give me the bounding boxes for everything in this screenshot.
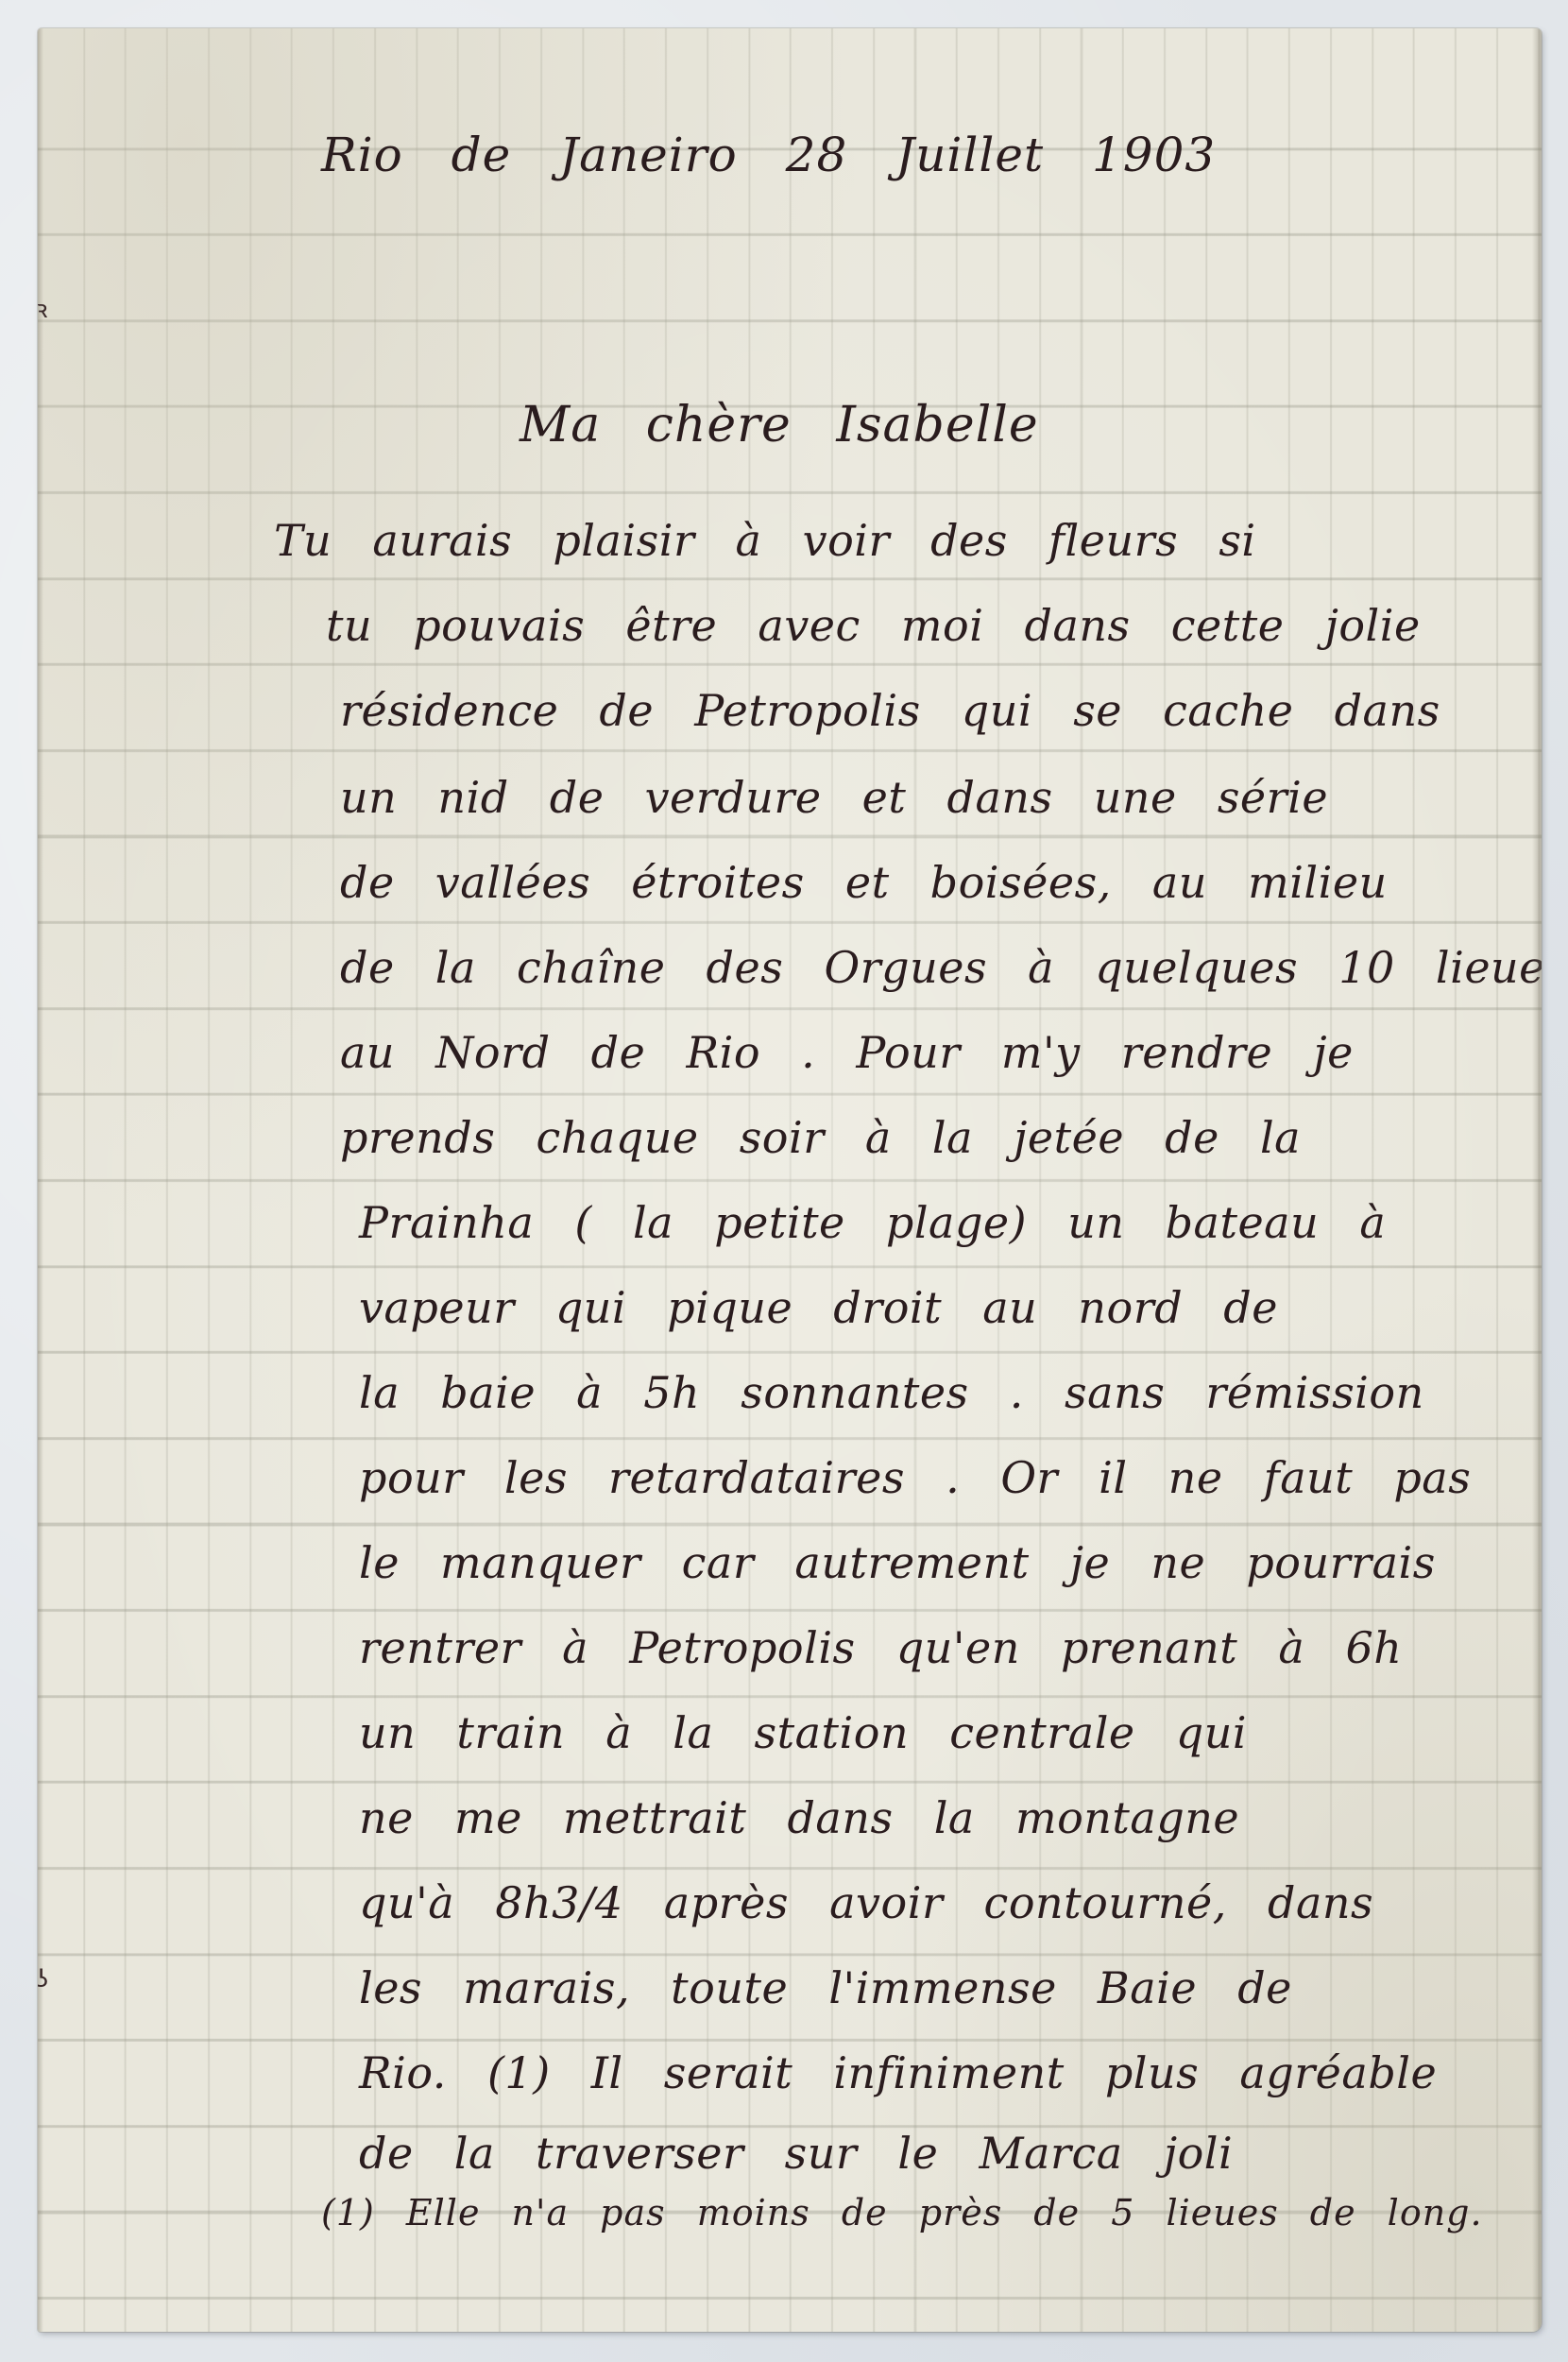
letter-line: Prainha ( la petite plage) un bateau à: [359, 1197, 1386, 1248]
sheet-right-edge: [1532, 28, 1542, 2332]
letter-line: tu pouvais être avec moi dans cette joli…: [326, 600, 1421, 651]
letter-line: Rio. (1) Il serait infiniment plus agréa…: [359, 2047, 1437, 2098]
letter-line: de la chaîne des Orgues à quelques 10 li…: [340, 942, 1542, 993]
letter-line: la baie à 5h sonnantes . sans rémission: [359, 1367, 1424, 1418]
letter-line: ne me mettrait dans la montagne: [359, 1792, 1239, 1843]
letter-line: de la traverser sur le Marca joli: [359, 2128, 1233, 2179]
letter-line: vapeur qui pique droit au nord de: [359, 1282, 1278, 1333]
letter-line: prends chaque soir à la jetée de la: [340, 1112, 1301, 1163]
letter-line: un train à la station centrale qui: [359, 1707, 1247, 1758]
letter-line: les marais, toute l'immense Baie de: [359, 1962, 1292, 2013]
letter-body: Tu aurais plaisir à voir des fleurs si t…: [38, 28, 1542, 2332]
margin-ink-mark: ꝛ: [38, 291, 47, 325]
letter-footnote: (1) Elle n'a pas moins de près de 5 lieu…: [321, 2192, 1483, 2234]
letter-line: le manquer car autrement je ne pourrais: [359, 1537, 1436, 1588]
letter-line: qu'à 8h3/4 après avoir contourné, dans: [359, 1877, 1373, 1928]
letter-line: de vallées étroites et boisées, au milie…: [340, 857, 1388, 908]
letter-line: résidence de Petropolis qui se cache dan…: [340, 685, 1440, 736]
letter-line: au Nord de Rio . Pour m'y rendre je: [340, 1027, 1354, 1078]
margin-ink-mark: ʖ: [38, 1965, 48, 1994]
letter-line: Tu aurais plaisir à voir des fleurs si: [274, 515, 1256, 566]
letter-sheet: Rio de Janeiro 28 Juillet 1903 Ma chère …: [38, 28, 1542, 2332]
letter-line: pour les retardataires . Or il ne faut p…: [359, 1452, 1471, 1503]
letter-line: un nid de verdure et dans une série: [340, 772, 1328, 823]
letter-line: rentrer à Petropolis qu'en prenant à 6h: [359, 1622, 1402, 1673]
